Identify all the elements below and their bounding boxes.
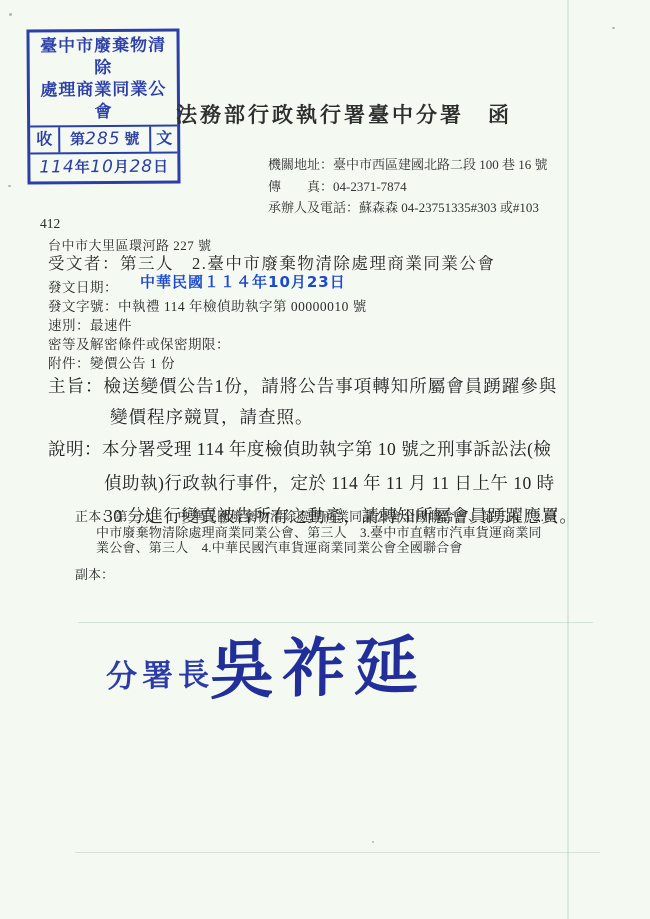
- stamp-document-number: 第285 號: [60, 127, 149, 153]
- doc-number-line: 發文字號：中執禮 114 年檢偵助執字第 00000010 號: [48, 295, 367, 315]
- stamp-number-prefix: 第: [70, 132, 85, 148]
- issue-date-label: 發文日期：: [48, 276, 118, 296]
- received-stamp: 臺中市廢棄物清除 處理商業同業公會 收 第285 號 文 114年10月28日: [26, 28, 180, 184]
- stamp-doc-label: 文: [149, 126, 177, 151]
- description-line-2: 偵助執)行政執行事件，定於 114 年 11 月 11 日上午 10 時: [48, 467, 623, 501]
- stamp-number-handwritten: 285: [85, 129, 121, 149]
- description-line-1: 說明：本分署受理 114 年度檢偵助執字第 10 號之刑事訴訟法(檢: [48, 433, 623, 467]
- cc-label: 副本：: [75, 564, 114, 583]
- recipient-postal-code: 412: [40, 216, 60, 232]
- scan-fold-line-2: [75, 852, 600, 853]
- scan-speck: [372, 841, 374, 843]
- security-line: 密等及解密條件或保密期限：: [48, 333, 230, 353]
- stamp-date-day-unit: 日: [153, 160, 169, 176]
- agency-contact-person: 承辦人及電話：蘇森森 04-23751335#303 或#103: [268, 197, 548, 219]
- subject-paragraph: 主旨：檢送變價公告1份，請將公告事項轉知所屬會員踴躍參與 變價程序競買，請查照。: [48, 371, 623, 433]
- scanned-official-letter: 臺中市廢棄物清除 處理商業同業公會 收 第285 號 文 114年10月28日 …: [0, 0, 650, 919]
- scan-speck: [8, 185, 11, 187]
- scan-speck: [9, 13, 12, 16]
- stamp-number-suffix: 號: [124, 132, 139, 148]
- original-copies-block: 正本：第三人 1.中華民國廢棄物清除處理商業同業公會全國聯合會、第三人 2.臺 …: [75, 509, 557, 556]
- scan-vertical-line: [567, 0, 569, 919]
- subject-line-1: 主旨：檢送變價公告1份，請將公告事項轉知所屬會員踴躍參與: [48, 371, 623, 402]
- agency-fax: 傳 真：04-2371-7874: [268, 176, 548, 198]
- stamp-date-year: 114: [39, 157, 75, 177]
- stamp-date-month: 10: [90, 157, 114, 177]
- original-copies-line-3: 業公會、第三人 4.中華民國汽車貨運商業同業公會全國聯合會: [75, 540, 557, 556]
- stamp-receive-label: 收: [30, 127, 60, 152]
- agency-info-block: 機關地址：臺中市西區建國北路二段 100 巷 16 號 傳 真：04-2371-…: [268, 154, 548, 219]
- attachment-line: 附件：變價公告 1 份: [48, 352, 175, 372]
- document-title: 法務部行政執行署臺中分署 函: [176, 99, 512, 129]
- subject-line-2: 變價程序競買，請查照。: [48, 402, 623, 433]
- stamp-date-month-unit: 月: [114, 160, 130, 176]
- stamp-org-line1: 臺中市廢棄物清除: [32, 35, 175, 80]
- scan-fold-line-1: [78, 622, 593, 623]
- issue-date-stamp: 中華民國１１４年10月23日: [140, 271, 346, 292]
- stamp-org-line2: 處理商業同業公會: [32, 79, 175, 124]
- stamp-received-date: 114年10月28日: [30, 151, 177, 181]
- scan-speck: [612, 27, 615, 29]
- original-copies-line-2: 中市廢棄物清除處理商業同業公會、第三人 3.臺中市直轄市汽車貨運商業同: [75, 525, 557, 541]
- original-copies-line-1: 正本：第三人 1.中華民國廢棄物清除處理商業同業公會全國聯合會、第三人 2.臺: [75, 509, 557, 525]
- priority-line: 速別：最速件: [48, 314, 132, 334]
- signer-name-signature: 吳祚延: [210, 614, 427, 712]
- signer-title: 分署長: [106, 649, 215, 696]
- stamp-date-year-unit: 年: [75, 160, 91, 176]
- agency-address: 機關地址：臺中市西區建國北路二段 100 巷 16 號: [268, 154, 548, 176]
- stamp-date-day: 28: [129, 157, 153, 177]
